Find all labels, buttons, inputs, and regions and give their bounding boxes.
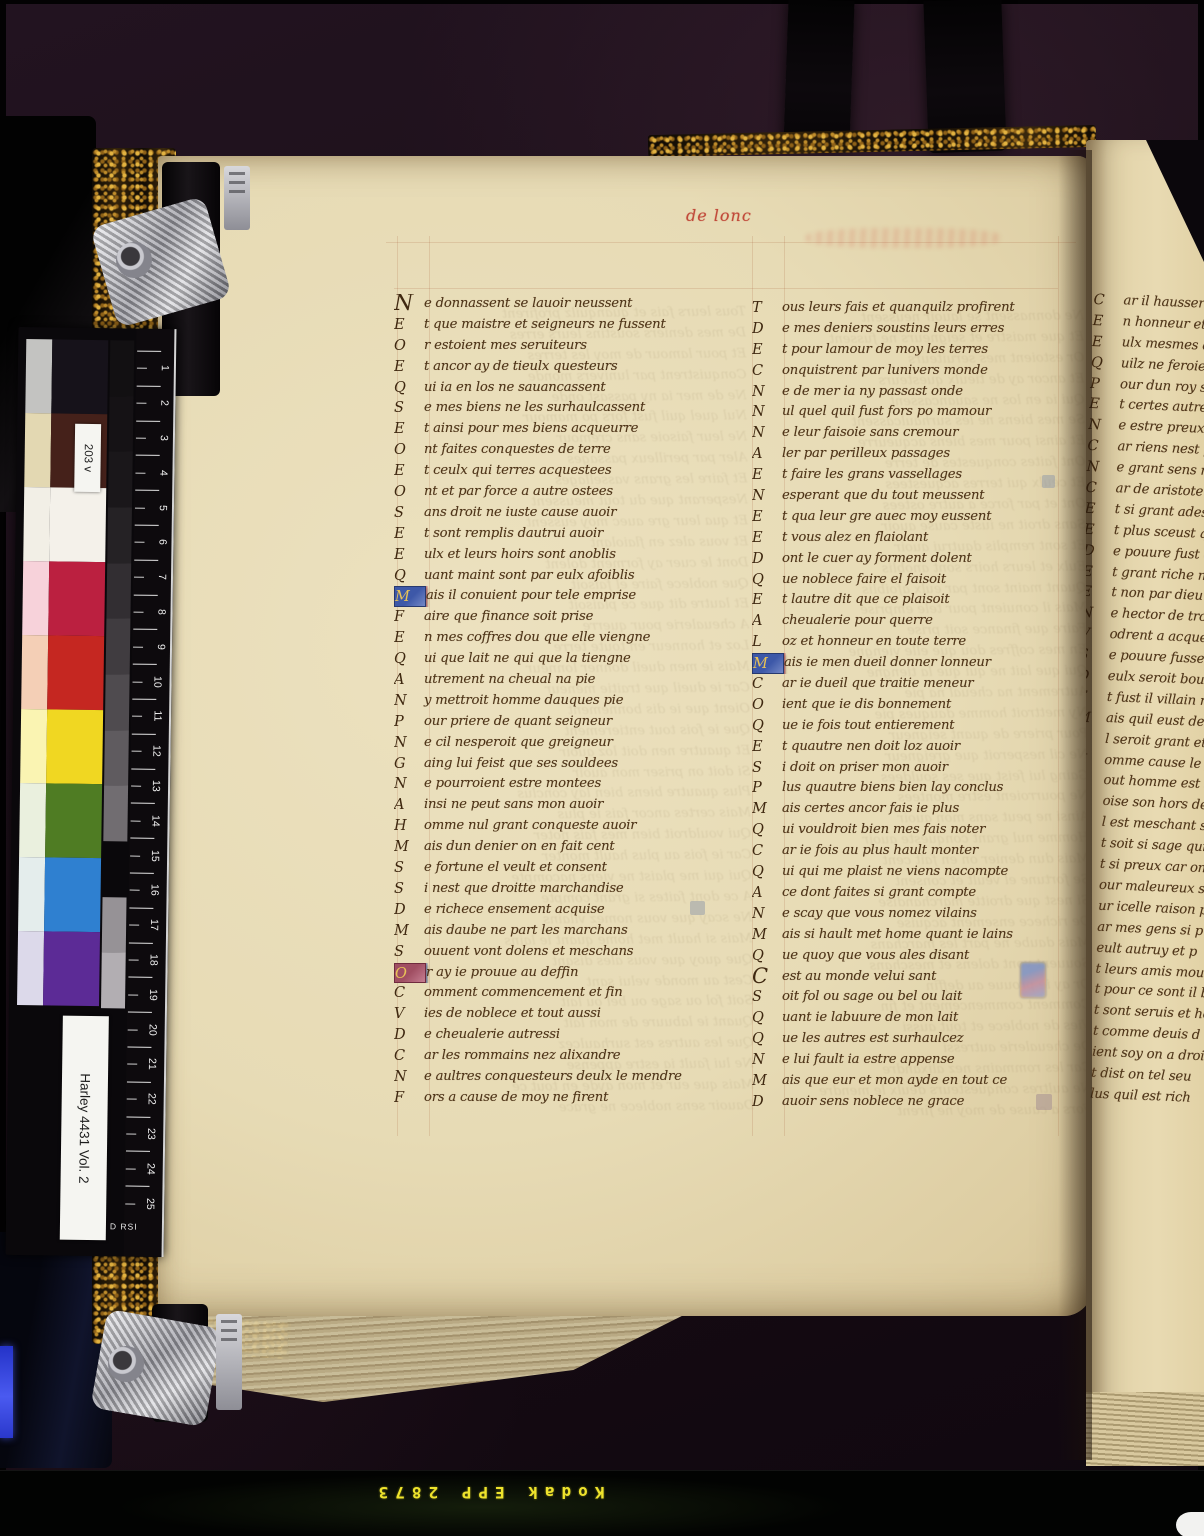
manuscript-facing-page: Car il haussera les p En honneur et si l… — [1086, 140, 1204, 1466]
verse-line: Souuent vont dolens et meschans — [394, 942, 746, 963]
ruler-unit: 4 — [134, 455, 170, 490]
verse-line: En mes coffres dou que elle viengne — [394, 628, 746, 649]
line-capital: O — [752, 695, 782, 716]
ruler-number: 5 — [157, 505, 169, 511]
line-text: omme nul grant conqueste auoir — [424, 816, 746, 837]
film-edge-strip: Kodak EPP 2873 — [0, 1470, 1204, 1536]
line-capital: D — [394, 1025, 424, 1046]
verse-line: Ne leur faisoie sans cremour — [752, 423, 1086, 444]
swatch-tint — [22, 561, 49, 635]
line-text: t vous alez en flaiolant — [782, 528, 1086, 549]
ruler-number: 21 — [146, 1058, 158, 1070]
verse-line: Mais si hault met home quant ie lains — [752, 925, 1086, 946]
line-capital: C — [752, 967, 782, 988]
line-capital: S — [752, 987, 782, 1008]
line-text: ue noblece faire el faisoit — [782, 570, 1086, 591]
line-text: t faire les grans vassellages — [782, 465, 1086, 486]
verse-line: Et vous alez en flaiolant — [752, 528, 1086, 549]
line-text: ar ie dueil que traitie meneur — [782, 674, 1086, 695]
line-text: ar les rommains nez alixandre — [424, 1046, 746, 1067]
verse-line: Que les autres est surhaulcez — [752, 1029, 1086, 1050]
line-capital: O — [394, 482, 424, 503]
line-text: t ancor ay de tieulx questeurs — [424, 357, 746, 378]
swatch-row — [21, 635, 104, 710]
gray-step — [105, 674, 130, 730]
shelfmark-label: Harley 4431 Vol. 2 — [60, 1016, 109, 1241]
swatch-row — [25, 339, 108, 414]
verse-line: Ne aultres conquesteurs deulx le mendre — [394, 1067, 746, 1088]
line-text: e lui fault ia estre appense — [782, 1050, 1086, 1071]
verse-line: Et pour lamour de moy les terres — [752, 340, 1086, 361]
ruler-unit: 7 — [133, 559, 169, 594]
verse-line: Nul quel quil fust fors po mamour — [752, 402, 1086, 423]
line-text: insi ne peut sans mon auoir — [424, 795, 746, 816]
line-capital: C — [752, 361, 782, 382]
line-capital: N — [752, 904, 782, 925]
verse-line: Eulx et leurs hoirs sont anoblis — [394, 545, 746, 566]
verse-line: Car les rommains nez alixandre — [394, 1046, 746, 1067]
line-text: oz et honneur en toute terre — [782, 632, 1086, 653]
swatch-row — [20, 709, 103, 784]
line-capital: A — [394, 670, 424, 691]
verse-line: Fors a cause de moy ne firent — [394, 1088, 746, 1109]
swatch-row — [19, 783, 102, 858]
line-capital: H — [394, 816, 424, 837]
line-capital: P — [1090, 373, 1121, 395]
line-text: ul quel quil fust fors po mamour — [782, 402, 1086, 423]
verse-line: Faire que finance soit prise — [394, 607, 746, 628]
line-text: ors a cause de moy ne firent — [424, 1088, 746, 1109]
line-capital: D — [752, 319, 782, 340]
line-capital: N — [752, 382, 782, 403]
line-text: ais daube ne part les marchans — [424, 921, 746, 942]
ruler-number: 6 — [157, 539, 169, 545]
line-capital: E — [752, 465, 782, 486]
ruler-number: 1 — [159, 365, 171, 371]
verse-line: Qui qui me plaist ne viens nacompte — [752, 862, 1086, 883]
line-capital: Q — [394, 378, 424, 399]
folio-label: 203 v — [74, 424, 101, 492]
ruler-unit: 14 — [129, 803, 165, 838]
ruler-end-label: D RSI — [110, 1221, 150, 1232]
verse-line: Mais il conuient pour tele emprise — [394, 586, 746, 607]
verse-line: Dont le cuer ay forment dolent — [752, 549, 1086, 570]
line-text: e cheualerie autressi — [424, 1025, 746, 1046]
verse-line: Et faire les grans vassellages — [752, 465, 1086, 486]
line-text: onquistrent par lunivers monde — [782, 361, 1086, 382]
hanging-strap-left — [783, 0, 854, 147]
swatch-row — [18, 857, 101, 932]
line-capital: Q — [752, 570, 782, 591]
verse-line: Que ie fois tout entierement — [752, 716, 1086, 737]
clip-tab — [224, 166, 250, 230]
ruler-number: 9 — [155, 644, 167, 650]
verse-line: Car ie dueil que traitie meneur — [752, 674, 1086, 695]
line-text: ouuent vont dolens et meschans — [424, 942, 746, 963]
verse-line: Et ainsi pour mes biens acqueurre — [394, 419, 746, 440]
line-text: ous leurs fais et quanquilz profirent — [782, 298, 1086, 319]
line-text: ui ia en los ne sauancassent — [424, 378, 746, 399]
verse-line: De cheualerie autressi — [394, 1025, 746, 1046]
line-capital: E — [394, 461, 424, 482]
line-capital: E — [752, 507, 782, 528]
line-text: ui qui me plaist ne viens nacompte — [782, 862, 1086, 883]
line-capital: Q — [752, 946, 782, 967]
line-text: uant ie labuure de mon lait — [782, 1008, 1086, 1029]
line-capital: N — [752, 402, 782, 423]
verse-line: Comment commencement et fin — [394, 983, 746, 1004]
facing-page-stack-edge — [1086, 1392, 1204, 1466]
gray-step — [106, 619, 131, 675]
swatch-solid — [47, 635, 104, 710]
ruler-unit: 15 — [129, 838, 165, 873]
line-text: e mes deniers soustins leurs erres — [782, 319, 1086, 340]
verse-line: Tous leurs fais et quanquilz profirent — [752, 298, 1086, 319]
ruling-line-horizontal — [394, 288, 1058, 289]
line-capital: E — [752, 340, 782, 361]
swatch-tint — [24, 413, 51, 487]
line-text: ui que lait ne qui que la tiengne — [424, 649, 746, 670]
line-text: esperant que du tout meussent — [782, 486, 1086, 507]
line-text: e fortune el veult et consent — [424, 858, 746, 879]
verse-line: A ce dont faites si grant compte — [752, 883, 1086, 904]
ruler-unit: 25 — [124, 1186, 160, 1221]
line-capital: D — [394, 900, 424, 921]
verse-line: Que noblece faire el faisoit — [752, 570, 1086, 591]
ruler-number: 10 — [152, 676, 164, 688]
swatch-solid — [45, 783, 102, 858]
verse-line: Mais ie men dueil donner lonneur — [752, 653, 1086, 674]
line-text: uant maint sont par eulx afoiblis — [424, 566, 746, 587]
line-capital: E — [752, 590, 782, 611]
line-capital: C — [752, 841, 782, 862]
photo-frame: Tous leurs fais et quanquilz profirentDe… — [0, 0, 1204, 1536]
line-text: e scay que vous nomez vilains — [782, 904, 1086, 925]
line-capital: Q — [394, 649, 424, 670]
ruler-unit: 1 — [136, 351, 172, 386]
verse-line: Qui ia en los ne sauancassent — [394, 378, 746, 399]
line-capital: N — [1088, 415, 1119, 437]
binder-clip-bottom — [100, 1296, 280, 1446]
line-text: ui vouldroit bien mes fais noter — [782, 820, 1086, 841]
gray-step — [102, 897, 127, 953]
line-text: ans droit ne iuste cause auoir — [424, 503, 746, 524]
line-text: ais que eur et mon ayde en tout ce — [782, 1071, 1086, 1092]
line-text: t pour lamour de moy les terres — [782, 340, 1086, 361]
verse-line: Pour priere de quant seigneur — [394, 712, 746, 733]
page-corner-shadow — [1146, 140, 1204, 262]
ruler-number: 19 — [147, 989, 159, 1001]
line-text: i doit on priser mon auoir — [782, 758, 1086, 779]
line-capital: M — [752, 1071, 782, 1092]
line-capital: D — [752, 549, 782, 570]
ruler-number: 4 — [158, 470, 170, 476]
line-capital: E — [1091, 332, 1122, 354]
swatch-solid — [49, 487, 106, 562]
line-capital: N — [752, 1050, 782, 1071]
ruler-number: 11 — [152, 711, 164, 722]
verse-line: Quant ie labuure de mon lait — [752, 1008, 1086, 1029]
line-capital: C — [752, 674, 782, 695]
verse-line: Ne lui fault ia estre appense — [752, 1050, 1086, 1071]
verse-line: Nesperant que du tout meussent — [752, 486, 1086, 507]
line-text: t quautre nen doit loz auoir — [782, 737, 1086, 758]
gray-step — [103, 786, 128, 842]
verse-line: Ne de mer ia ny passast onde — [752, 382, 1086, 403]
ruler-unit: 20 — [126, 1012, 162, 1047]
film-stock-label: Kodak EPP 2873 — [316, 1483, 660, 1502]
verse-line: Qui que lait ne qui que la tiengne — [394, 649, 746, 670]
line-capital: E — [394, 628, 424, 649]
line-text: n mes coffres dou que elle viengne — [424, 628, 746, 649]
line-text: ient que ie dis bonnement — [782, 695, 1086, 716]
line-capital: L — [752, 632, 782, 653]
line-capital: M — [752, 653, 784, 674]
ruler-unit: 22 — [125, 1081, 161, 1116]
paraph-mark — [1042, 475, 1055, 488]
line-capital: E — [1092, 311, 1123, 333]
line-capital: A — [752, 883, 782, 904]
ruler-unit: 8 — [132, 594, 168, 629]
verse-line: Mais dun denier on en fait cent — [394, 837, 746, 858]
color-calibration-bar: 1234567891011121314151617181920212223242… — [6, 327, 177, 1257]
text-column-1: Ne donnassent se lauoir neussent Et que … — [394, 294, 746, 1109]
ruler-unit: 5 — [134, 490, 170, 525]
line-text: i nest que droitte marchandise — [424, 879, 746, 900]
line-text: omment commencement et fin — [424, 983, 746, 1004]
verse-line: Or estoient mes seruiteurs — [394, 336, 746, 357]
ruler-number: 20 — [147, 1023, 159, 1035]
line-capital: F — [394, 607, 424, 628]
line-text: t ceulx qui terres acquestees — [424, 461, 746, 482]
ruler-unit: 16 — [128, 872, 164, 907]
line-capital: S — [394, 879, 424, 900]
swatch-tint — [18, 857, 45, 931]
clip-hole — [116, 242, 152, 278]
line-capital: E — [394, 524, 424, 545]
ruler-unit: 19 — [127, 977, 163, 1012]
line-capital: E — [394, 545, 424, 566]
verse-line: Et quautre nen doit loz auoir — [752, 737, 1086, 758]
ruler-unit: 12 — [130, 733, 166, 768]
verse-line: Ne scay que vous nomez vilains — [752, 904, 1086, 925]
ruler-unit: 24 — [125, 1151, 161, 1186]
verse-line: Ne donnassent se lauoir neussent — [394, 294, 746, 315]
line-capital: O — [394, 336, 424, 357]
line-text: y mettroit homme dauques pie — [424, 691, 746, 712]
line-text: r estoient mes seruiteurs — [424, 336, 746, 357]
line-capital: T — [752, 298, 782, 319]
ruler-number: 17 — [148, 919, 160, 931]
line-capital: N — [394, 691, 424, 712]
line-capital: C — [394, 983, 424, 1004]
ruler-unit: 21 — [126, 1046, 162, 1081]
ruler-unit: 11 — [131, 699, 167, 734]
line-capital: Q — [752, 1029, 782, 1050]
line-capital: S — [394, 503, 424, 524]
verse-line: Plus quautre biens bien lay conclus — [752, 778, 1086, 799]
line-text: our priere de quant seigneur — [424, 712, 746, 733]
verse-line: Aler par perilleux passages — [752, 444, 1086, 465]
line-capital: E — [752, 737, 782, 758]
verse-line: Quant maint sont par eulx afoiblis — [394, 566, 746, 587]
verse-line: Et sont remplis dautrui auoir — [394, 524, 746, 545]
line-capital: S — [394, 858, 424, 879]
verse-line: Ny mettroit homme dauques pie — [394, 691, 746, 712]
verse-line: Vies de noblece et tout aussi — [394, 1004, 746, 1025]
ruler-number: 14 — [150, 815, 162, 827]
verse-line: Car ie fois au plus hault monter — [752, 841, 1086, 862]
line-text: e leur faisoie sans cremour — [782, 423, 1086, 444]
line-text: utrement na cheual na pie — [424, 670, 746, 691]
clip-tab — [216, 1314, 242, 1410]
line-capital: E — [394, 315, 424, 336]
line-text: e mes biens ne les surhaulcassent — [424, 398, 746, 419]
ruler-unit: 3 — [135, 420, 171, 455]
line-capital: Q — [752, 862, 782, 883]
gutter-shadow — [1058, 150, 1092, 1460]
verse-line: A cheualerie pour querre — [752, 611, 1086, 632]
line-capital: M — [394, 586, 426, 607]
line-capital: N — [394, 733, 424, 754]
ruler-unit: 6 — [133, 525, 169, 560]
swatch-row — [23, 487, 106, 562]
swatch-tint — [17, 931, 44, 1005]
ruler-unit: 2 — [135, 385, 171, 420]
line-capital: N — [752, 423, 782, 444]
ruler-number: 16 — [149, 884, 161, 896]
line-text: e aultres conquesteurs deulx le mendre — [424, 1067, 746, 1088]
line-text: nt et par force a autre ostees — [424, 482, 746, 503]
verse-line: Mais daube ne part les marchans — [394, 921, 746, 942]
ruler-number: 12 — [151, 745, 163, 757]
verse-line: Gaing lui feist que ses souldees — [394, 754, 746, 775]
line-capital: P — [752, 778, 782, 799]
verse-line: Mais certes ancor fais ie plus — [752, 799, 1086, 820]
swatch-row — [22, 561, 105, 636]
verse-line: Et ceulx qui terres acquestees — [394, 461, 746, 482]
line-capital: S — [394, 942, 424, 963]
ruler-number: 8 — [156, 609, 168, 615]
line-capital: D — [752, 1092, 782, 1113]
verse-line: Ne pourroient estre montees — [394, 774, 746, 795]
line-text: ce dont faites si grant compte — [782, 883, 1086, 904]
line-capital: Q — [752, 716, 782, 737]
verse-line: Et que maistre et seigneurs ne fussent — [394, 315, 746, 336]
ruler-number: 25 — [144, 1197, 156, 1209]
ruler-number: 13 — [150, 780, 162, 792]
swatch-solid — [43, 931, 100, 1006]
verse-line: Et qua leur gre auec moy eussent — [752, 507, 1086, 528]
line-capital: N — [394, 1067, 424, 1088]
swatch-solid — [48, 561, 105, 636]
verse-line: Sans droit ne iuste cause auoir — [394, 503, 746, 524]
gray-step — [107, 507, 132, 563]
verse-line: Se fortune el veult et consent — [394, 858, 746, 879]
line-text: lus quautre biens bien lay conclus — [782, 778, 1086, 799]
swatch-tint — [23, 487, 50, 561]
line-text: e donnassent se lauoir neussent — [424, 294, 746, 315]
ruler-unit: 17 — [128, 907, 164, 942]
ruler-unit: 18 — [127, 942, 163, 977]
line-text: lus quil est rich — [1090, 1084, 1204, 1113]
line-text: ulx et leurs hoirs sont anoblis — [424, 545, 746, 566]
manuscript-left-page: Tous leurs fais et quanquilz profirentDe… — [158, 156, 1092, 1316]
line-text: ler par perilleux passages — [782, 444, 1086, 465]
line-capital: C — [394, 1046, 424, 1067]
clip-hole — [108, 1346, 144, 1382]
line-capital: E — [394, 357, 424, 378]
gray-step — [103, 841, 128, 897]
line-capital: E — [1089, 394, 1120, 416]
swatch-row — [17, 931, 100, 1006]
line-text: ont le cuer ay forment dolent — [782, 549, 1086, 570]
line-capital: P — [394, 712, 424, 733]
line-capital: M — [752, 799, 782, 820]
ruler-unit: 10 — [131, 664, 167, 699]
gray-step — [108, 452, 133, 508]
line-capital: A — [752, 611, 782, 632]
line-capital: Q — [752, 1008, 782, 1029]
line-text: ue les autres est surhaulcez — [782, 1029, 1086, 1050]
line-text: ais il conuient pour tele emprise — [426, 586, 746, 607]
line-text: ue ie fois tout entierement — [782, 716, 1086, 737]
ruler-unit: 13 — [130, 768, 166, 803]
line-capital: V — [394, 1004, 424, 1025]
facing-text-column: Car il haussera les p En honneur et si l… — [1086, 290, 1204, 1113]
verse-line: Or ay ie prouue au deffin — [394, 963, 746, 984]
ruler-number: 18 — [148, 954, 160, 966]
line-text: ies de noblece et tout aussi — [424, 1004, 746, 1025]
ruler-number: 15 — [149, 850, 161, 862]
verse-line: Si nest que droitte marchandise — [394, 879, 746, 900]
gray-step — [106, 563, 131, 619]
line-capital: M — [752, 925, 782, 946]
rubric-bleedthrough — [806, 228, 1002, 248]
line-text: t lautre dit que ce plaisoit — [782, 590, 1086, 611]
verse-line: Autrement na cheual na pie — [394, 670, 746, 691]
gray-step — [101, 953, 126, 1009]
line-text: t ainsi pour mes biens acqueurre — [424, 419, 746, 440]
line-capital: G — [394, 754, 424, 775]
ruler-number: 23 — [145, 1128, 157, 1140]
line-capital: M — [394, 837, 424, 858]
verse-line: Conquistrent par lunivers monde — [752, 361, 1086, 382]
verse-line: Et ancor ay de tieulx questeurs — [394, 357, 746, 378]
ruler-number: 3 — [158, 435, 170, 441]
ruler-number: 7 — [156, 574, 168, 580]
line-text: t qua leur gre auec moy eussent — [782, 507, 1086, 528]
line-text: ais ie men dueil donner lonneur — [784, 653, 1086, 674]
line-text: e cil nesperoit que greigneur — [424, 733, 746, 754]
line-capital: E — [752, 528, 782, 549]
line-text: ais si hault met home quant ie lains — [782, 925, 1086, 946]
paraph-mark — [1036, 1094, 1052, 1110]
verse-line: Ne cil nesperoit que greigneur — [394, 733, 746, 754]
swatch-solid — [51, 339, 108, 414]
verse-line: Si doit on priser mon auoir — [752, 758, 1086, 779]
line-capital: O — [394, 440, 424, 461]
line-capital: F — [394, 1088, 424, 1109]
line-text: nt faites conquestes de terre — [424, 440, 746, 461]
line-text: cheualerie pour querre — [782, 611, 1086, 632]
ruler-unit: 23 — [125, 1116, 161, 1151]
gray-step — [104, 730, 129, 786]
ruler-number: 24 — [145, 1163, 157, 1175]
line-text: ar ie fois au plus hault monter — [782, 841, 1086, 862]
line-capital: S — [394, 398, 424, 419]
line-text: aing lui feist que ses souldees — [424, 754, 746, 775]
